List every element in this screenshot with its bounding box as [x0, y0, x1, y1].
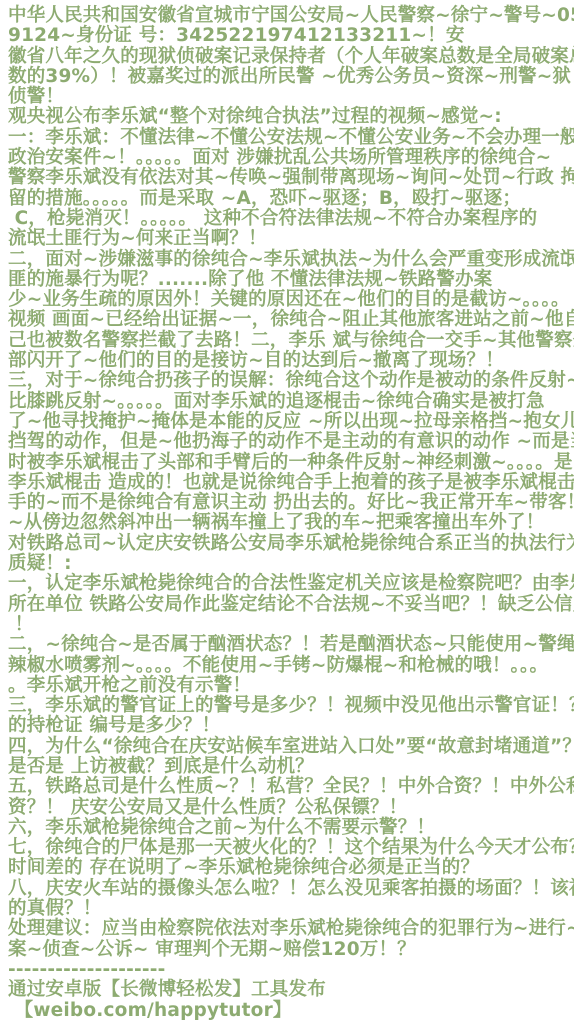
text-line: 一：李乐斌：不懂法律~不懂公安法规~不懂公安业务~不会办理一般行 [8, 128, 568, 148]
text-line: 所在单位 铁路公安局作此鉴定结论不合法规~不妥当吧？！缺乏公信力 [8, 595, 568, 615]
text-line: 案~侦查~公诉~ 审理判个无期~赔偿120万！？ [8, 940, 568, 960]
text-line: 处理建议：应当由检察院依法对李乐斌枪毙徐纯合的犯罪行为~进行~立 [8, 919, 568, 939]
long-weibo-post-image: 中华人民共和国安徽省宣城市宁国公安局~人民警察~徐宁~警号~059124~身份证… [0, 0, 574, 1024]
text-line: 一，认定李乐斌枪毙徐纯合的合法性鉴定机关应该是检察院吧？由李乐斌 [8, 574, 568, 594]
text-line: 己也被数名警察拦截了去路！二，李乐 斌与徐纯合一交手~其他警察全 [8, 331, 568, 351]
text-line: 的真假？！ [8, 899, 568, 919]
text-line: 留的措施。。。。。而是采取 ~A，恐吓~驱逐；B，殴打~驱逐； [8, 189, 568, 209]
text-line: 时间差的 存在说明了~李乐斌枪毙徐纯合必须是正当的？ [8, 858, 568, 878]
text-line: 五，铁路总司是什么性质~？！私营？全民？！中外合资？！中外公私合 [8, 777, 568, 797]
text-line: 少~业务生疏的原因外！关键的原因还在~他们的目的是截访~。。。。 [8, 290, 568, 310]
post-text: 中华人民共和国安徽省宣城市宁国公安局~人民警察~徐宁~警号~059124~身份证… [0, 0, 574, 1021]
text-line: 是否是 上访被截？到底是什么动机？ [8, 757, 568, 777]
text-line: 质疑！: [8, 554, 568, 574]
text-line: 流氓土匪行为~何来正当啊？！ [8, 229, 568, 249]
text-line: ~从傍边忽然斜冲出一辆祸车撞上了我的车~把乘客撞出车外了！ [8, 513, 568, 533]
text-line: 三，对于~徐纯合扔孩子的误解：徐纯合这个动作是被动的条件反射~好 [8, 371, 568, 391]
text-line: 中华人民共和国安徽省宣城市宁国公安局~人民警察~徐宁~警号~05 [8, 6, 568, 26]
text-line: 的持枪证 编号是多少？！ [8, 716, 568, 736]
text-line: -------------------- [8, 960, 568, 980]
text-line: 挡驾的动作，但是~他扔海子的动作不是主动的有意识的动作 ~而是当 [8, 432, 568, 452]
text-line: 手的~而不是徐纯合有意识主动 扔出去的。好比~我正常开车~带客！ [8, 493, 568, 513]
text-line: 八，庆安火车站的摄像头怎么啦？！怎么没见乘客拍摄的场面？！该视频 [8, 879, 568, 899]
text-line: 资？！ 庆安公安局又是什么性质？公私保镖？！ [8, 798, 568, 818]
text-line: C，枪毙消灭！。。。。。 这种不合符法律法规~不符合办案程序的 [8, 209, 568, 229]
text-line: 三，李乐斌的警官证上的警号是多少？！视频中没见他出示警官证！？他 [8, 696, 568, 716]
text-line: 比膝跳反射~。。。。。面对李乐斌的追逐棍击~徐纯合确实是被打急 [8, 392, 568, 412]
text-line: 了~他寻找掩护~掩体是本能的反应 ~所以出现~拉母亲格挡~抱女儿 [8, 412, 568, 432]
text-line: 9124~身份证 号：342522197412133211~！安 [8, 26, 568, 46]
text-line: 【weibo.com/happytutor】 [8, 1001, 568, 1021]
text-line: 政治安案件~！。。。。。面对 涉嫌扰乱公共场所管理秩序的徐纯合~ [8, 148, 568, 168]
text-line: 数的39%）！被嘉奖过的派出所民警 ~优秀公务员~资深~刑警~狱 [8, 67, 568, 87]
text-line: 。李乐斌开枪之前没有示警！ [8, 676, 568, 696]
text-line: 时被李乐斌棍击了头部和手臂后的一种条件反射~神经刺激~。。。。是 [8, 453, 568, 473]
text-line: 对铁路总司~认定庆安铁路公安局李乐斌枪毙徐纯合系正当的执法行为的 [8, 534, 568, 554]
text-line: 七，徐纯合的尸体是那一天被火化的？！这个结果为什么今天才公布？！ [8, 838, 568, 858]
text-line: 二，面对~涉嫌滋事的徐纯合~李乐斌执法~为什么会严重变形成流氓土 [8, 250, 568, 270]
text-line: 部闪开了~他们的目的是接访~目的达到后~撤离了现场？！ [8, 351, 568, 371]
text-line: 李乐斌棍击 造成的！也就是说徐纯合手上抱着的孩子是被李乐斌棍击撒 [8, 473, 568, 493]
text-line: 视频 画面~已经给出证据~一，徐纯合~阻止其他旅客进站之前~他自 [8, 310, 568, 330]
text-line: 观央视公布李乐斌“整个对徐纯合执法”过程的视频~感觉~: [8, 107, 568, 127]
text-line: 六，李乐斌枪毙徐纯合之前~为什么不需要示警？！ [8, 818, 568, 838]
text-line: 徽省八年之久的现狱侦破案记录保持者（个人年破案总数是全局破案总 [8, 47, 568, 67]
text-line: 侦警！ [8, 87, 568, 107]
text-line: 四，为什么“徐纯合在庆安站候车室进站入口处”要“故意封堵通道”？ [8, 737, 568, 757]
text-line: 二，~徐纯合~是否属于酗酒状态？！若是酗酒状态~只能使用~警绳和 [8, 635, 568, 655]
text-line: ！ [8, 615, 568, 635]
text-line: 通过安卓版【长微博轻松发】工具发布 [8, 980, 568, 1000]
text-line: 匪的施暴行为呢？.......除了他 不懂法律法规~铁路警办案 [8, 270, 568, 290]
text-line: 辣椒水喷雾剂~。。。。不能使用~手铐~防爆棍~和枪械的哦！。。。 [8, 656, 568, 676]
text-line: 警察李乐斌没有依法对其~传唤~强制带离现场~询问~处罚~行政 拘 [8, 168, 568, 188]
